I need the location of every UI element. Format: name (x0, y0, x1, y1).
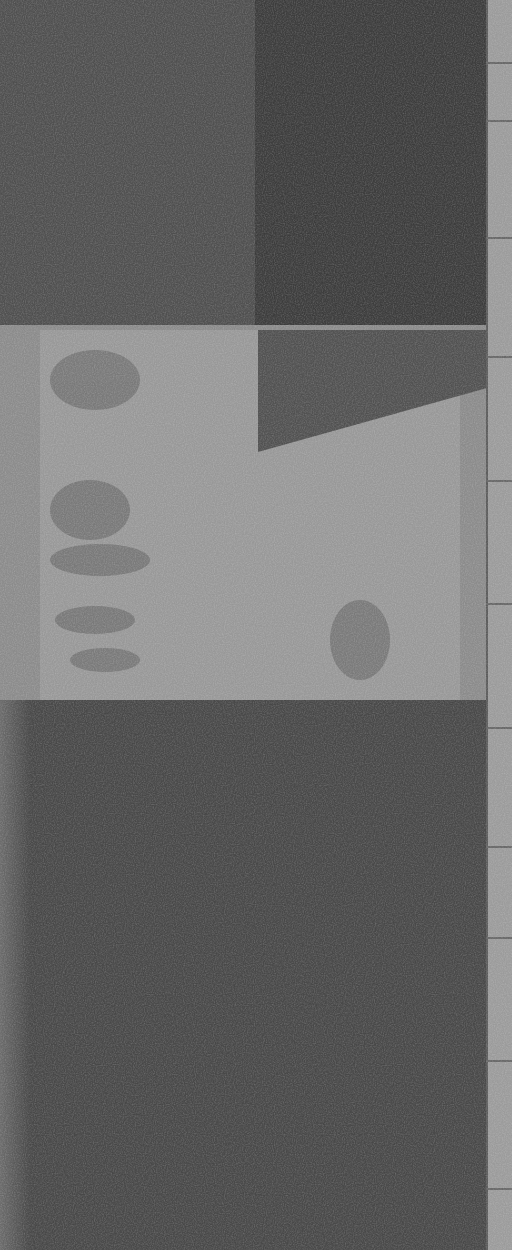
curb-edge-line (486, 0, 488, 1250)
curb-joint (486, 1060, 512, 1062)
curb-joint (486, 62, 512, 64)
curb-joint (486, 120, 512, 122)
curb-joint (486, 846, 512, 848)
curb-joint (486, 937, 512, 939)
curb-joint (486, 237, 512, 239)
asphalt-bottom (0, 700, 490, 1250)
curb (486, 0, 512, 1250)
curb-joint (486, 603, 512, 605)
road-aerial-image (0, 0, 512, 1250)
curb-joint (486, 727, 512, 729)
asphalt-bottom-edge (0, 700, 30, 1250)
curb-joint (486, 356, 512, 358)
curb-joint (486, 1188, 512, 1190)
curb-joint (486, 480, 512, 482)
